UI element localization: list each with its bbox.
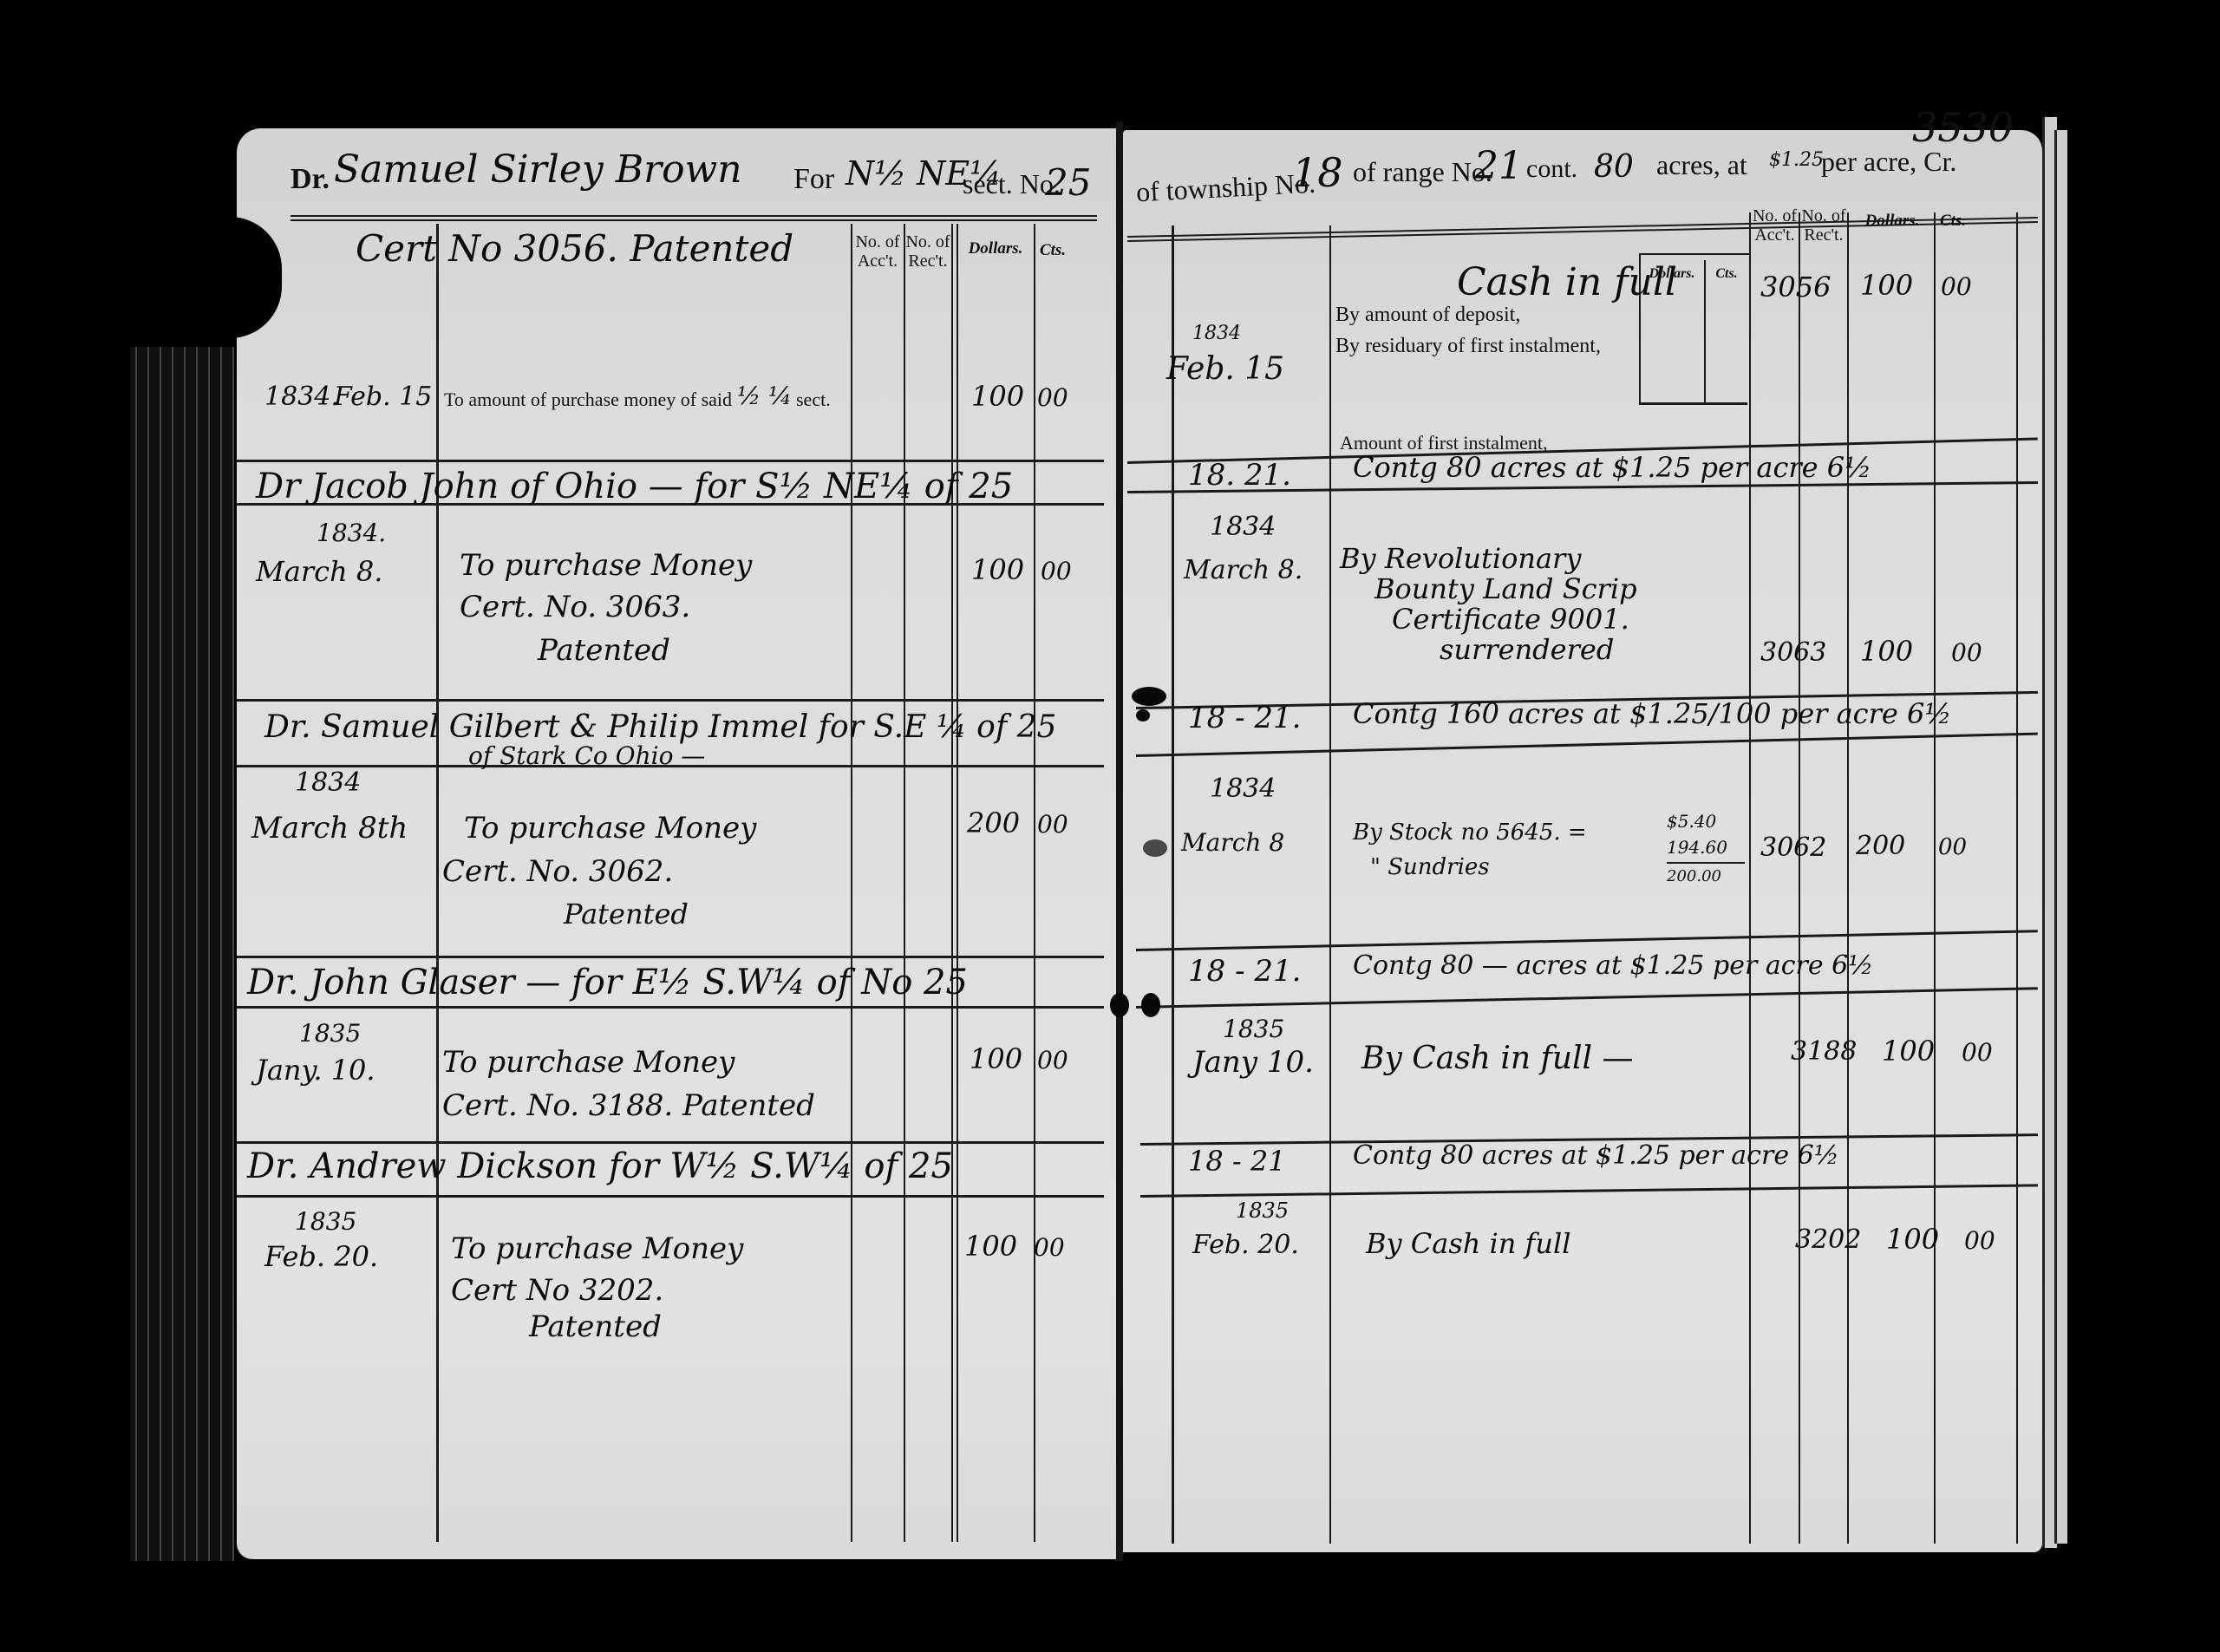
- col-cts-right: Cts.: [1936, 212, 1970, 231]
- rect-column-divider-right: [1799, 212, 1800, 1544]
- col-rect-left: No. of Rec't.: [904, 232, 951, 271]
- entry-year: 1834.: [264, 382, 339, 412]
- desc-line-1: By Cash in full: [1366, 1227, 1570, 1260]
- to-amount-label: To amount of purchase money of said: [444, 389, 732, 411]
- credit-date: March 8: [1181, 828, 1284, 857]
- row-rule: [237, 1195, 1104, 1198]
- credit-acct: 3062: [1760, 833, 1826, 863]
- credit-acct: 3188: [1791, 1036, 1857, 1067]
- credit-year: 1834: [1210, 512, 1276, 542]
- township-range: 18 - 21.: [1188, 954, 1301, 989]
- dollars-column-divider-right: [1934, 212, 1936, 1544]
- desc-line-3: Certificate 9001.: [1392, 603, 1629, 636]
- date-column-divider: [436, 224, 439, 1542]
- header-rule-left: [291, 215, 1097, 217]
- entry-title: Dr. Samuel Gilbert & Philip Immel for S.…: [264, 709, 1056, 745]
- book-page-edges: [130, 347, 234, 1561]
- credit-cts: 00: [1962, 1038, 1993, 1067]
- fraction: ½ ¼: [737, 382, 792, 410]
- contents-line: Contg 160 acres at $1.25/100 per acre 6½: [1353, 697, 1951, 730]
- range-number: 21: [1474, 144, 1523, 188]
- entry-year: 1834.: [317, 519, 386, 547]
- book-gutter: [1116, 121, 1123, 1561]
- credit-date: Feb. 20.: [1192, 1230, 1299, 1260]
- desc-line-2: Bounty Land Scrip: [1374, 572, 1637, 605]
- desc-column-divider-right: [1329, 225, 1331, 1544]
- credit-cts: 00: [1941, 272, 1972, 301]
- desc-column-divider: [851, 224, 852, 1542]
- desc-line-1: To purchase Money: [464, 811, 756, 846]
- row-rule: [237, 460, 1104, 462]
- col-cts-left: Cts.: [1035, 241, 1070, 260]
- ink-blot: [1110, 993, 1129, 1017]
- credit-cts: 00: [1938, 834, 1967, 860]
- stock-amount: $5.40: [1667, 811, 1716, 832]
- credit-year: 1834: [1210, 774, 1276, 804]
- credit-dollars: 100: [1860, 269, 1913, 302]
- credit-date: Feb. 15: [1166, 351, 1284, 387]
- section-number: 25: [1045, 161, 1091, 204]
- entry-year: 1835: [299, 1019, 361, 1048]
- credit-dollars: 100: [1886, 1223, 1939, 1256]
- col-dollars-left: Dollars.: [958, 239, 1033, 258]
- entry-year: 1835: [295, 1207, 356, 1236]
- desc-line-1: By Cash in full —: [1361, 1041, 1633, 1076]
- dr-label: Dr.: [291, 163, 330, 196]
- per-acre-cr-label: per acre, Cr.: [1821, 146, 1956, 178]
- col-dollars-right: Dollars.: [1851, 212, 1933, 231]
- rect-column-divider: [951, 224, 953, 1542]
- entry-date: March 8.: [256, 555, 382, 588]
- acct-column-divider: [904, 224, 905, 1542]
- by-deposit-label: By amount of deposit,: [1335, 304, 1520, 327]
- contents-line: Contg 80 acres at $1.25 per acre 6½: [1353, 1140, 1839, 1171]
- row-rule: [237, 1141, 1104, 1144]
- credit-cts: 00: [1964, 1226, 1995, 1255]
- desc-line-1: By Revolutionary: [1340, 542, 1581, 575]
- desc-line-2: Cert. No. 3063.: [460, 590, 690, 624]
- sect-word: sect.: [796, 389, 831, 411]
- credit-year: 1835: [1223, 1015, 1284, 1043]
- range-label: of range No.: [1353, 156, 1492, 188]
- desc-line-1: To purchase Money: [451, 1231, 743, 1266]
- credit-year: 1834: [1192, 323, 1241, 344]
- debit-cts: 00: [1041, 557, 1072, 585]
- credit-year: 1835: [1236, 1198, 1289, 1223]
- debit-dollars: 100: [970, 1042, 1022, 1075]
- entry-date: Jany. 10.: [256, 1054, 375, 1087]
- desc-line-2: Cert No 3202.: [451, 1273, 663, 1308]
- entry-title: Dr Jacob John of Ohio — for S½ NE¼ of 25: [256, 467, 1013, 506]
- row-rule: [237, 699, 1104, 702]
- contents-label: cont.: [1526, 154, 1577, 184]
- entry-date: Feb. 15: [334, 382, 432, 412]
- township-range: 18. 21.: [1188, 458, 1291, 493]
- date-column-divider-right: [1172, 225, 1174, 1544]
- rate-value: $1.25: [1769, 149, 1824, 171]
- desc-line-1: To purchase Money: [442, 1045, 735, 1080]
- col-acct-left: No. of Acc't.: [852, 232, 903, 271]
- inner-col-cts: Cts.: [1706, 264, 1747, 284]
- ink-blot: [1141, 993, 1160, 1017]
- right-page-edge-2: [2054, 130, 2067, 1544]
- debit-cts: 00: [1037, 810, 1068, 839]
- sundries-amount: 194.60: [1667, 837, 1727, 858]
- ink-blot: [1132, 687, 1166, 706]
- entry-date: Feb. 20.: [264, 1240, 378, 1273]
- contents-line: Contg 80 acres at $1.25 per acre 6½: [1353, 451, 1871, 484]
- debit-dollars: 100: [971, 553, 1024, 586]
- total-amount: 200.00: [1667, 867, 1721, 885]
- sum-rule: [1667, 862, 1745, 864]
- debit-dollars: 100: [964, 1230, 1017, 1263]
- contents-line: Contg 80 — acres at $1.25 per acre 6½: [1353, 950, 1873, 981]
- page-number: 3530: [1912, 104, 2014, 151]
- rect-column-divider-2: [957, 224, 958, 1542]
- debit-cts: 00: [1034, 1233, 1065, 1262]
- township-range: 18 - 21.: [1188, 701, 1301, 735]
- credit-dollars: 100: [1860, 635, 1913, 668]
- acres-label: acres, at: [1656, 149, 1747, 181]
- ink-blot: [1143, 839, 1167, 857]
- township-number: 18: [1292, 149, 1343, 196]
- ink-blot: [1136, 709, 1150, 722]
- col-acct-right: No. of Acc't.: [1751, 206, 1799, 245]
- acct-column-divider-right: [1749, 212, 1751, 1544]
- desc-line-2: Cert. No. 3188. Patented: [442, 1088, 815, 1123]
- entry-title: Dr. Andrew Dickson for W½ S.W¼ of 25: [247, 1146, 953, 1186]
- desc-line-2: Cert. No. 3062.: [442, 854, 673, 889]
- entry-title: Cert No 3056. Patented: [356, 227, 793, 270]
- desc-line-3: Patented: [529, 1309, 662, 1344]
- credit-acct: 3202: [1795, 1224, 1861, 1255]
- entry-title-2: of Stark Co Ohio —: [468, 741, 705, 770]
- entry-title: Dr. John Glaser — for E½ S.W¼ of No 25: [247, 963, 968, 1002]
- acres-number: 80: [1594, 149, 1634, 185]
- credit-note: Cash in full: [1457, 260, 1677, 304]
- credit-date: Jany 10.: [1192, 1045, 1314, 1080]
- inner-box-bottom: [1639, 402, 1747, 405]
- desc-line-2: " Sundries: [1370, 854, 1490, 880]
- dollars-column-divider: [1034, 224, 1035, 1542]
- row-rule: [237, 956, 1104, 958]
- for-label: For: [793, 163, 834, 196]
- rect-column-divider-right-2: [1847, 212, 1849, 1544]
- debit-cts: 00: [1037, 383, 1068, 412]
- desc-line-1: By Stock no 5645. =: [1353, 819, 1587, 846]
- desc-line-4: surrendered: [1440, 633, 1614, 666]
- entry-date: March 8th: [251, 811, 408, 846]
- row-rule: [237, 1006, 1104, 1009]
- credit-dollars: 100: [1882, 1035, 1935, 1068]
- cts-column-divider-right: [2016, 212, 2018, 1544]
- credit-date: March 8.: [1184, 555, 1303, 585]
- desc-line-1: To purchase Money: [460, 548, 752, 583]
- debit-dollars: 200: [967, 806, 1020, 839]
- debit-cts: 00: [1037, 1046, 1068, 1074]
- credit-acct: 3056: [1760, 271, 1831, 304]
- credit-acct: 3063: [1760, 637, 1826, 668]
- township-range: 18 - 21: [1188, 1145, 1286, 1178]
- desc-line-3: Patented: [564, 898, 689, 930]
- account-holder-name: Samuel Sirley Brown: [334, 147, 742, 192]
- credit-dollars: 200: [1856, 831, 1905, 861]
- entry-year: 1834: [295, 767, 361, 798]
- col-rect-right: No. of Rec't.: [1800, 206, 1847, 245]
- inner-box-top: [1639, 253, 1749, 255]
- desc-line-3: Patented: [538, 633, 670, 668]
- by-residuary-label: By residuary of first instalment,: [1335, 335, 1601, 358]
- debit-dollars: 100: [971, 380, 1024, 413]
- credit-cts: 00: [1951, 638, 1982, 667]
